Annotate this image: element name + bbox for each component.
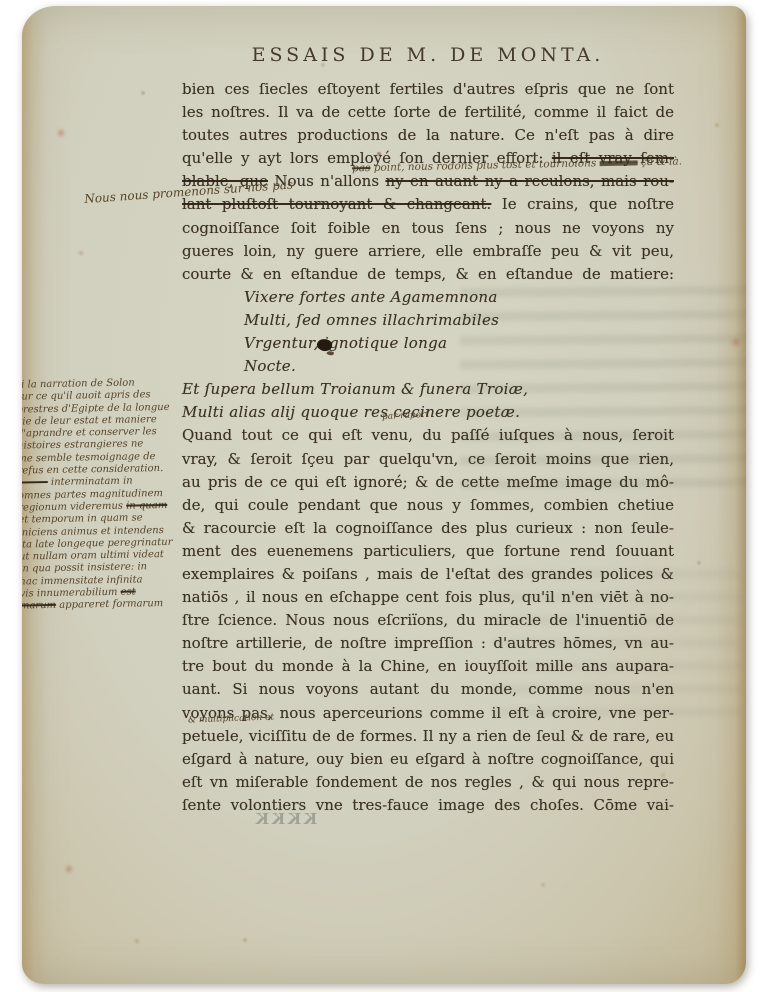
text-segment: iniciens animus et intendens [22,525,164,539]
text-segment: Vrgentur, ignotique longa [244,334,447,352]
text-segment: ita late longeque peregrinatur [22,537,173,551]
printed-line: gueres loin, ny guere arriere, elle embr… [182,240,674,263]
printed-line: petuele, viciſſitu de de formes. Il ny a… [182,725,674,748]
printed-line: au pris de ce qui eſt ignoré; & de cette… [182,471,674,494]
book-page: ESSAIS DE M. DE MONTA. bien ces ſiecles … [22,6,746,984]
printed-line: natiōs , il nous en eſchappe cent fois p… [182,586,674,609]
printed-line: ſtre ſcience. Nous nous eſcriïons, du mi… [182,609,674,632]
text-segment: in qua possit insistere: in [22,562,147,575]
text-segment: Multi, ſed omnes illachrimabiles [244,311,499,329]
text-segment: cognoiſſance ſoit foible en tous ſens ; … [182,219,674,237]
text-segment: & racourcie eſt la cognoiſſance des plus… [182,519,674,537]
struck-text: marum [22,600,56,612]
text-segment: si la narration de Solon [22,377,135,390]
text-segment: regionum videremus [22,501,126,514]
struck-text: lant pluſtoſt tournoyant & changeant. [182,195,491,213]
struck-text: est [121,587,136,598]
struck-text: pas [352,162,371,174]
printed-line: uant. Si nous voyons autant du monde, co… [182,678,674,701]
printed-line: bien ces ſiecles eſtoyent fertiles d'aut… [182,78,674,101]
text-segment: tre bout du monde à la Chine, en iouyſſo… [182,657,674,675]
text-segment: ut nullam oram ultimi videat [22,549,164,563]
text-segment: natiōs , il nous en eſchappe cent fois p… [182,588,674,606]
printed-line: courte & en eſtandue de temps, & en eſta… [182,263,674,286]
printed-line: Quand tout ce qui eſt venu, du paſſé iuſ… [182,424,674,447]
text-segment: interminatam in [48,476,133,488]
printed-line: ment des euenemens particuliers, que for… [182,540,674,563]
text-segment: Nocte. [244,357,296,375]
text-segment: eſt vn miſerable fondement de nos regles… [182,773,674,791]
text-segment: petuele, viciſſitu de de formes. Il ny a… [182,727,674,745]
text-segment: me semble tesmoignage de [22,451,156,464]
printed-line: Multi, ſed omnes illachrimabiles [244,309,674,332]
handwritten-margin-block: si la narration de Solonsur ce qu'il auo… [22,376,198,613]
text-segment: prestres d'Egipte de la longue [22,401,170,415]
printed-line: Et ſupera bellum Troianum & funera Troiæ… [182,378,674,401]
text-segment: hac immensitate infinita [22,574,143,587]
signature-mark-bleedthrough: KKKK [253,810,317,828]
text-segment: au pris de ce qui eſt ignoré; & de cette… [182,473,674,491]
printed-line: les noſtres. Il va de cette ſorte de fer… [182,101,674,124]
text-segment: noſtre artillerie, de noſtre impreſſion … [182,634,674,652]
text-segment: toutes autres productions de la nature. … [182,126,674,144]
text-segment: histoires estrangieres ne [22,439,143,452]
printed-line: exemplaires & poiſans , mais de l'eſtat … [182,563,674,586]
text-segment: omnes partes magnitudinem [22,488,163,502]
printed-line: & racourcie eſt la cognoiſſance des plus… [182,517,674,540]
text-segment: Vixere fortes ante Agamemnona [244,288,498,306]
running-header: ESSAIS DE M. DE MONTA. [182,44,674,66]
text-segment: Ie crains, que noſtre [491,195,674,213]
text-segment: ſtre ſcience. Nous nous eſcriïons, du mi… [182,611,674,629]
struck-text: in quam [126,500,167,512]
printed-line: eſt vn miſerable fondement de nos regles… [182,771,674,794]
text-segment: appareret formarum [56,598,163,611]
text-segment: Et ſupera bellum Troianum & funera Troiæ… [182,380,528,398]
text-segment: d'aprandre et conserver les [22,426,157,439]
text-segment: vray, & ſeroit ſçeu par quelqu'vn, ce ſe… [182,450,674,468]
printed-line: cognoiſſance ſoit foible en tous ſens ; … [182,217,674,240]
printed-line: toutes autres productions de la nature. … [182,124,674,147]
printed-line: noſtre artillerie, de noſtre impreſſion … [182,632,674,655]
printed-line: Vrgentur, ignotique longa [244,332,674,355]
text-segment: Multi alias alij quoque res cecinere poe… [182,403,520,421]
text-segment: uant. Si nous voyons autant du monde, co… [182,680,674,698]
printed-line: de, qui coule pendant que nous y ſommes,… [182,494,674,517]
handwritten-line: marum appareret formarum [22,598,198,613]
text-segment: Quand tout ce qui eſt venu, du paſſé iuſ… [182,426,674,444]
foxing-spots [22,6,24,8]
text-segment: gueres loin, ny guere arriere, elle embr… [182,242,674,260]
text-segment: de, qui coule pendant que nous y ſommes,… [182,496,674,514]
text-segment: et temporum in quam se [22,513,143,526]
struck-text: ———— [599,156,637,169]
text-segment: çà & là. [637,155,682,168]
text-segment: vis innumerabilium [22,587,121,600]
printed-line: Nocte. [244,355,674,378]
printed-line: lant pluſtoſt tournoyant & changeant. Ie… [182,193,674,216]
text-segment: les noſtres. Il va de cette ſorte de fer… [182,103,674,121]
struck-text: ny en auant ny a reculons, mais rou- [385,172,674,190]
printed-line: Vixere fortes ante Agamemnona [244,286,674,309]
text-segment: courte & en eſtandue de temps, & en eſta… [182,265,674,283]
text-segment: refus en cette consideration. [22,463,163,477]
printed-line: eſgard à nature, ouy bien eu eſgard à no… [182,748,674,771]
printed-line: tre bout du monde à la Chine, en iouyſſo… [182,655,674,678]
struck-text: ——— [22,477,48,489]
printed-line: vray, & ſeroit ſçeu par quelqu'vn, ce ſe… [182,448,674,471]
text-segment: exemplaires & poiſans , mais de l'eſtat … [182,565,674,583]
text-segment: bien ces ſiecles eſtoyent fertiles d'aut… [182,80,674,98]
text-segment: sur ce qu'il auoit apris des [22,390,151,403]
text-segment: eſgard à nature, ouy bien eu eſgard à no… [182,750,674,768]
text-segment: vie de leur estat et maniere [22,414,157,427]
text-segment: ment des euenemens particuliers, que for… [182,542,674,560]
